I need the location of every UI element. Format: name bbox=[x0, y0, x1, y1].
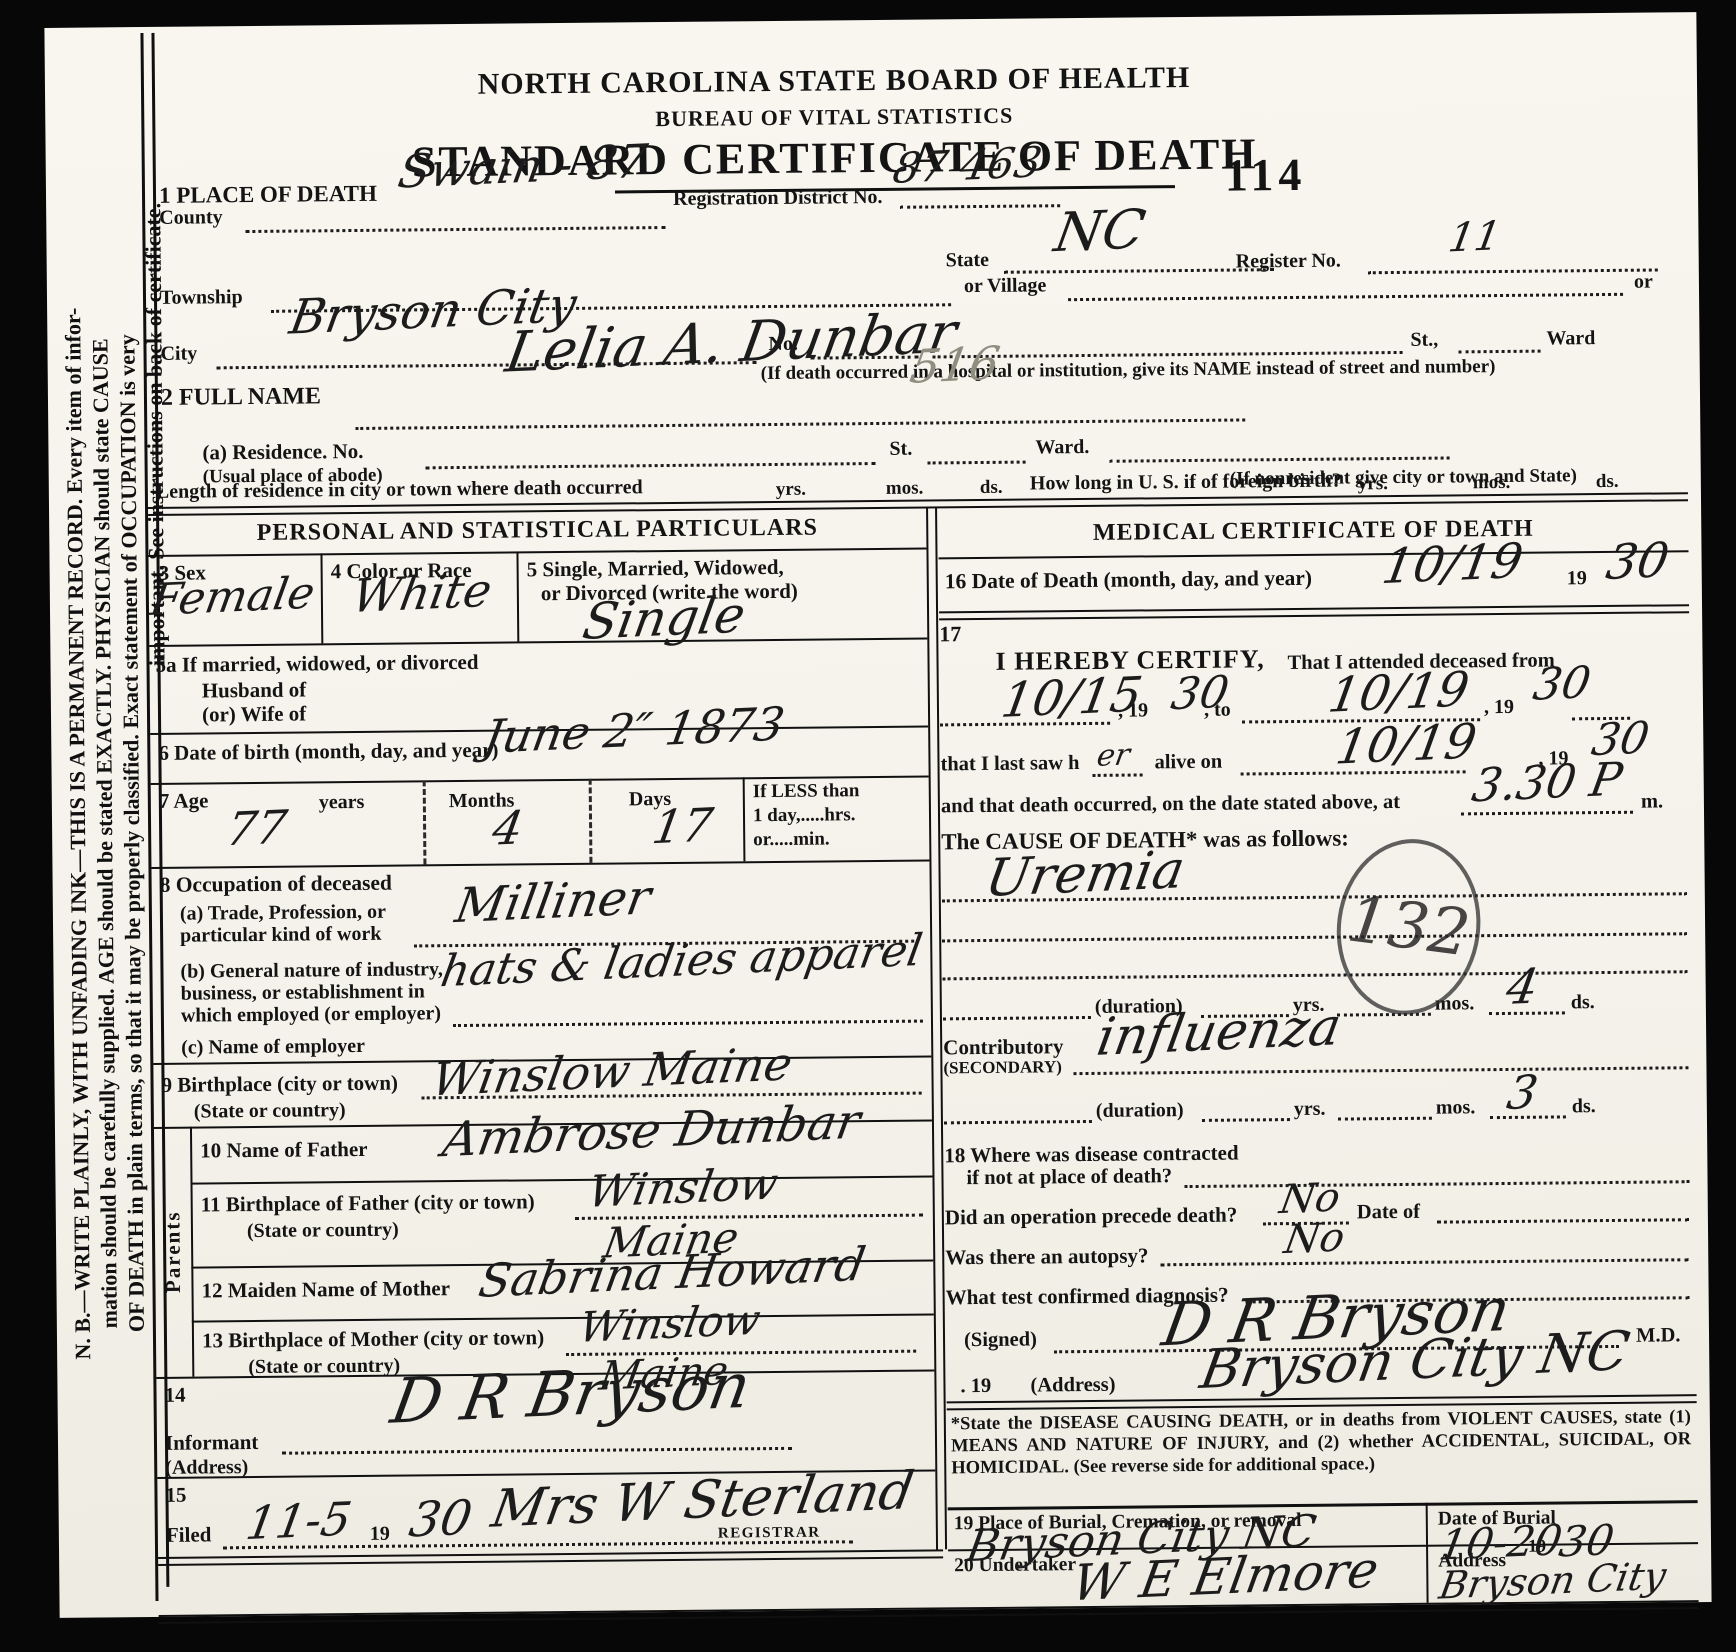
item14-number: 14 bbox=[164, 1383, 185, 1408]
mother-birthplace-city-entry: Winslow bbox=[576, 1299, 763, 1349]
full-name-label: 2 FULL NAME bbox=[161, 383, 321, 412]
registration-district-label: Registration District No. bbox=[673, 186, 883, 211]
howlong-ds-label: ds. bbox=[1596, 471, 1619, 493]
registrar-signature: Mrs W Sterland bbox=[488, 1465, 917, 1536]
duration2-yrs-label: yrs. bbox=[1294, 1098, 1326, 1121]
dob-entry: June 2″ 1873 bbox=[480, 700, 787, 759]
county-label: County bbox=[159, 206, 223, 230]
duration2-label: (duration) bbox=[1096, 1099, 1184, 1123]
age-years-entry: 77 bbox=[223, 804, 290, 853]
personal-section-title: PERSONAL AND STATISTICAL PARTICULARS bbox=[148, 514, 926, 548]
occupation-b-label-3: which employed (or employer) bbox=[181, 1002, 441, 1027]
operation-date-line bbox=[1437, 1218, 1689, 1223]
death-time-m-label: m. bbox=[1641, 790, 1663, 813]
state-entry: NC bbox=[1051, 202, 1149, 260]
age-label: 7 Age bbox=[159, 788, 209, 813]
occupation-a-entry: Milliner bbox=[452, 873, 654, 930]
city-label: City bbox=[160, 343, 197, 366]
marital-label: 5 Single, Married, Widowed, bbox=[527, 555, 784, 582]
residence-st-label: St. bbox=[889, 438, 912, 461]
residence-st-line bbox=[928, 461, 1026, 465]
mother-name-entry: Sabrina Howard bbox=[476, 1241, 869, 1304]
duration1-ds-label: ds. bbox=[1571, 991, 1595, 1014]
certificate-number: 114 bbox=[1225, 148, 1307, 202]
register-no-line bbox=[1368, 268, 1658, 274]
attended-to-entry: 10/19 bbox=[1325, 665, 1472, 719]
cause-line-2 bbox=[942, 932, 1687, 942]
if-less-label-3: or.....min. bbox=[753, 828, 830, 851]
registration-district-entry: 87 463 bbox=[890, 141, 1045, 190]
undertaker-entry: W E Elmore bbox=[1069, 1545, 1383, 1609]
register-no-entry: 11 bbox=[1446, 216, 1504, 258]
house-number-entry: 516 bbox=[907, 340, 1003, 390]
mother-birthplace-label: 13 Birthplace of Mother (city or town) bbox=[202, 1325, 544, 1353]
date-of-death-entry: 10/19 bbox=[1379, 537, 1526, 591]
personal-section: PERSONAL AND STATISTICAL PARTICULARS 3 S… bbox=[148, 508, 936, 1557]
howlong-yrs-label: yrs. bbox=[1358, 473, 1388, 495]
last-saw-label: that I last saw h bbox=[940, 752, 1079, 776]
attended-from-entry: 10/15 bbox=[998, 671, 1145, 725]
age-days-entry: 17 bbox=[649, 802, 716, 851]
last-saw-pronoun-entry: er bbox=[1095, 740, 1132, 771]
informant-label: Informant bbox=[165, 1430, 259, 1456]
autopsy-line bbox=[1160, 1258, 1688, 1266]
filed-year-entry: 30 bbox=[406, 1494, 476, 1545]
age-years-label: years bbox=[319, 791, 365, 814]
death-occurred-label: and that death occurred, on the date sta… bbox=[941, 791, 1400, 818]
village-or-suffix: or bbox=[1634, 271, 1653, 294]
occupation-a-label-2: particular kind of work bbox=[180, 923, 382, 948]
birthplace-label: 9 Birthplace (city or town) bbox=[161, 1071, 398, 1098]
occupation-label: 8 Occupation of deceased bbox=[160, 871, 393, 898]
birthplace-sub-label: (State or country) bbox=[194, 1099, 346, 1123]
residence-ward-label: Ward. bbox=[1035, 436, 1089, 460]
item17-number: 17 bbox=[939, 621, 961, 647]
occupation-b-entry: hats & ladies apparel bbox=[438, 929, 926, 994]
cause-footnote: *State the DISEASE CAUSING DEATH, or in … bbox=[951, 1406, 1692, 1479]
q18-label-1: 18 Where was disease contracted bbox=[944, 1141, 1239, 1169]
howlong-mos-label: mos. bbox=[1473, 472, 1511, 494]
dod-year-entry: 30 bbox=[1603, 536, 1673, 587]
item15-number: 15 bbox=[165, 1483, 186, 1508]
attended-from-year-entry: 30 bbox=[1168, 671, 1232, 718]
place-of-death-label: 1 PLACE OF DEATH bbox=[159, 181, 377, 209]
secondary-label: (SECONDARY) bbox=[943, 1057, 1062, 1078]
wife-of-label: (or) Wife of bbox=[202, 701, 306, 727]
township-label: Township bbox=[160, 286, 243, 310]
attended-to-year-entry: 30 bbox=[1530, 661, 1594, 708]
physician-address-entry: Bryson City NC bbox=[1197, 1324, 1634, 1397]
residence-ward-line bbox=[1110, 456, 1450, 462]
cause-of-death-entry: Uremia bbox=[982, 844, 1188, 905]
cause-line-3 bbox=[943, 970, 1688, 980]
filed-label: Filed bbox=[166, 1522, 212, 1547]
date-of-label: Date of bbox=[1357, 1201, 1420, 1225]
street-ward-label: Ward bbox=[1546, 327, 1595, 350]
scanned-death-certificate: { "margin_note": { "line1": "N. B.—WRITE… bbox=[0, 0, 1736, 1652]
filed-19-prefix: 19 bbox=[370, 1523, 390, 1546]
informant-entry: D R Bryson bbox=[387, 1355, 755, 1433]
parents-group-label: Parents bbox=[154, 1127, 192, 1377]
marital-entry: Single bbox=[579, 590, 748, 647]
duration2-line-a bbox=[944, 1120, 1092, 1124]
signed-label: (Signed) bbox=[964, 1328, 1037, 1352]
length-ds-label: ds. bbox=[980, 477, 1003, 499]
to-19-prefix: , 19 bbox=[1484, 696, 1514, 719]
undertaker-address-entry: Bryson City bbox=[1437, 1557, 1669, 1605]
residence-line bbox=[426, 462, 876, 469]
filed-date-entry: 11-5 bbox=[243, 1495, 355, 1546]
length-yrs-label: yrs. bbox=[776, 479, 806, 501]
if-less-label-1: If LESS than bbox=[753, 780, 860, 803]
q18-line bbox=[1185, 1180, 1690, 1188]
dod-separator bbox=[939, 604, 1689, 620]
if-less-label-2: 1 day,.....hrs. bbox=[753, 804, 856, 827]
contributory-line bbox=[1073, 1066, 1688, 1075]
operation-entry: No bbox=[1277, 1178, 1343, 1221]
county-field-line bbox=[245, 226, 665, 233]
father-name-label: 10 Name of Father bbox=[200, 1137, 368, 1164]
registration-district-line bbox=[900, 204, 1060, 209]
sex-entry: Female bbox=[147, 572, 318, 623]
death-time-entry: 3.30 P bbox=[1469, 756, 1626, 809]
pronoun-line bbox=[1093, 773, 1143, 776]
occupation-b-line bbox=[453, 1020, 923, 1028]
contributory-entry: influenza bbox=[1093, 1001, 1344, 1064]
father-birthplace-sub-label: (State or country) bbox=[247, 1219, 399, 1243]
duration2-mos-entry: 3 bbox=[1504, 1069, 1541, 1116]
street-st-label: St., bbox=[1410, 329, 1438, 352]
duration2-ds-label: ds. bbox=[1572, 1095, 1596, 1118]
board-title: NORTH CAROLINA STATE BOARD OF HEALTH bbox=[144, 58, 1524, 105]
physician-address-label: (Address) bbox=[1030, 1374, 1115, 1398]
autopsy-label: Was there an autopsy? bbox=[945, 1243, 1148, 1270]
date-of-death-label: 16 Date of Death (month, day, and year) bbox=[945, 566, 1313, 595]
dob-label: 6 Date of birth (month, day, and year) bbox=[158, 738, 498, 766]
item5a-label: 5a If married, widowed, or divorced bbox=[155, 650, 478, 678]
last-saw-entry: 10/19 bbox=[1333, 717, 1480, 771]
residence-label: (a) Residence. No. bbox=[202, 439, 363, 466]
alive-on-label: alive on bbox=[1154, 751, 1222, 775]
occupation-c-label: (c) Name of employer bbox=[181, 1035, 365, 1060]
street-st-line bbox=[1459, 350, 1541, 354]
operation-label: Did an operation precede death? bbox=[945, 1203, 1238, 1231]
or-village-label: or Village bbox=[964, 274, 1047, 298]
medical-section-title: MEDICAL CERTIFICATE OF DEATH bbox=[938, 514, 1688, 548]
certificate-form: NORTH CAROLINA STATE BOARD OF HEALTH BUR… bbox=[140, 18, 1698, 1601]
duration1-line-a bbox=[943, 1016, 1091, 1020]
full-name-line bbox=[355, 418, 1245, 430]
howlong-us-label: How long in U. S. if of foreign birth? bbox=[1030, 470, 1342, 496]
father-name-entry: Ambrose Dunbar bbox=[439, 1098, 863, 1164]
father-birthplace-label: 11 Birthplace of Father (city or town) bbox=[201, 1189, 535, 1217]
father-birthplace-city-entry: Winslow bbox=[585, 1162, 781, 1214]
burial-table-top bbox=[948, 1500, 1698, 1510]
certificate-paper: N. B.—WRITE PLAINLY, WITH UNFADING INK—T… bbox=[44, 12, 1711, 1618]
length-mos-label: mos. bbox=[886, 478, 924, 500]
state-line bbox=[1004, 268, 1274, 274]
duration2-mos-label: mos. bbox=[1436, 1096, 1476, 1119]
county-entry: Swain - 87 bbox=[395, 138, 650, 195]
state-label: State bbox=[946, 249, 990, 272]
length-residence-label: Length of residence in city or town wher… bbox=[156, 476, 643, 504]
md-label: M.D. bbox=[1636, 1324, 1681, 1347]
color-race-entry: White bbox=[349, 567, 495, 619]
occupation-a-label-1: (a) Trade, Profession, or bbox=[180, 901, 386, 926]
dod-19-prefix: 19 bbox=[1567, 567, 1587, 590]
duration2-line-c bbox=[1338, 1117, 1432, 1121]
duration1-mos-entry: 4 bbox=[1503, 963, 1542, 1012]
village-line bbox=[1068, 293, 1623, 301]
medical-section: MEDICAL CERTIFICATE OF DEATH 16 Date of … bbox=[938, 500, 1698, 1549]
mother-name-label: 12 Maiden Name of Mother bbox=[201, 1276, 450, 1303]
husband-of-label: Husband of bbox=[202, 677, 307, 703]
autopsy-entry: No bbox=[1281, 1217, 1347, 1260]
addr-19-label: . 19 bbox=[960, 1375, 991, 1398]
q18-label-2: if not at place of death? bbox=[966, 1165, 1172, 1190]
duration2-line-b bbox=[1202, 1118, 1290, 1122]
informant-line bbox=[282, 1447, 792, 1455]
